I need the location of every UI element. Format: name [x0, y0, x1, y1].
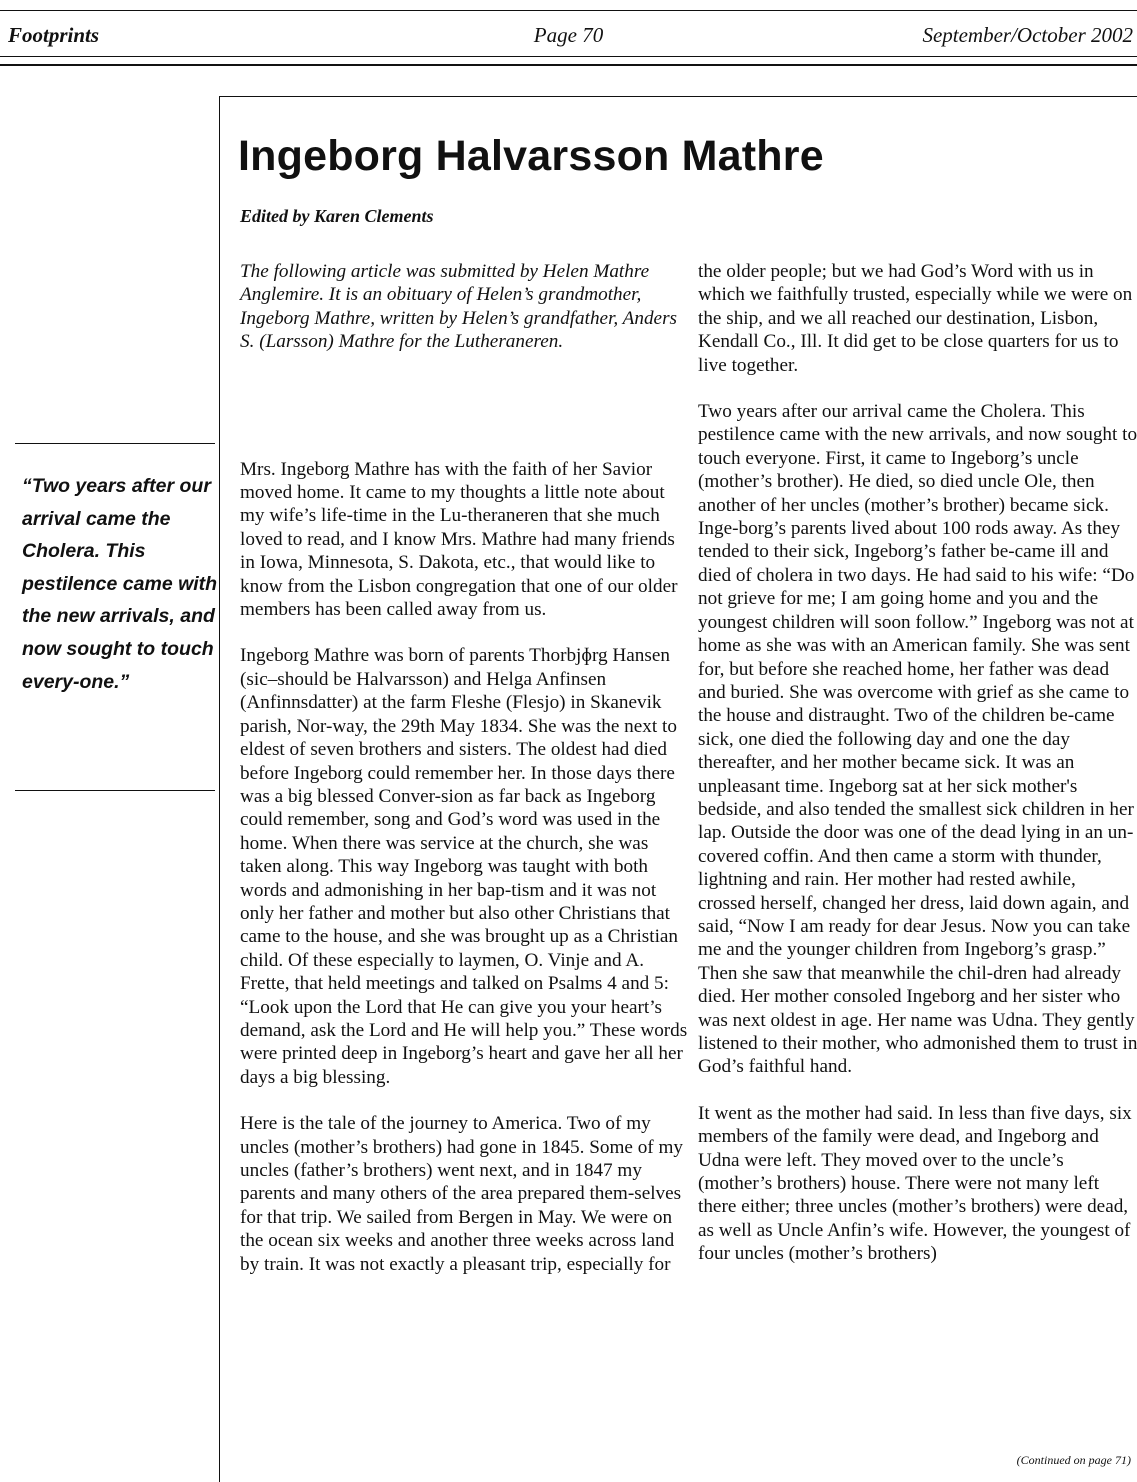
article-frame-top-rule [219, 96, 1137, 97]
header-bottom-rule-thin [0, 56, 1137, 57]
continued-note: (Continued on page 71) [1017, 1453, 1131, 1467]
article-paragraph: Ingeborg Mathre was born of parents Thor… [240, 644, 688, 1089]
article-paragraph: Mrs. Ingeborg Mathre has with the faith … [240, 458, 688, 622]
pull-quote-top-rule [15, 443, 215, 444]
article-paragraph: Here is the tale of the journey to Ameri… [240, 1112, 688, 1276]
article-column-left: The following article was submitted by H… [240, 260, 688, 1299]
header-top-rule [0, 10, 1137, 11]
article-paragraph: the older people; but we had God’s Word … [698, 260, 1137, 377]
article-column-right: the older people; but we had God’s Word … [698, 260, 1137, 1289]
issue-date: September/October 2002 [922, 22, 1133, 48]
article-frame-left-rule [219, 96, 220, 1482]
article-paragraph: It went as the mother had said. In less … [698, 1102, 1137, 1266]
pull-quote-bottom-rule [15, 790, 215, 791]
article-title: Ingeborg Halvarsson Mathre [238, 130, 824, 182]
article-intro: The following article was submitted by H… [240, 260, 688, 354]
header-bottom-rule-thick [0, 64, 1137, 66]
intro-spacer [240, 377, 688, 458]
article-paragraph: Two years after our arrival came the Cho… [698, 400, 1137, 1079]
pull-quote: “Two years after our arrival came the Ch… [22, 470, 218, 698]
article-byline: Edited by Karen Clements [240, 205, 434, 227]
